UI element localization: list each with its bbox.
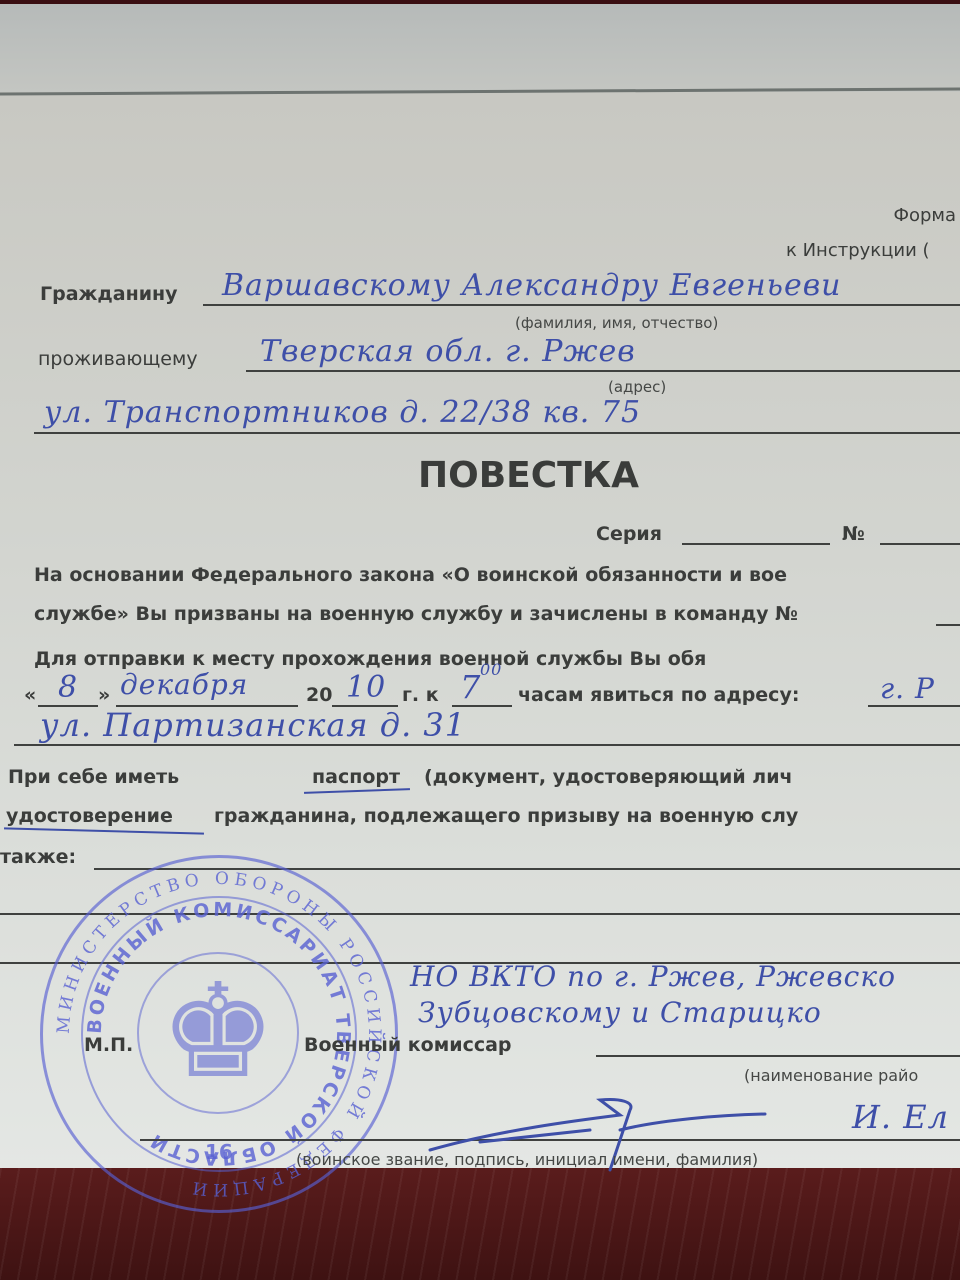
report-instruction: часам явиться по адресу: bbox=[518, 684, 799, 706]
commissariat-underline bbox=[596, 1055, 960, 1057]
instruction-reference: к Инструкции ( bbox=[786, 240, 930, 261]
name-underline bbox=[203, 304, 960, 306]
bring-prefix: При себе иметь bbox=[8, 766, 179, 788]
hour-handwritten: 7 bbox=[460, 668, 481, 706]
series-field bbox=[682, 543, 830, 545]
signature-caption: (воинское звание, подпись, инициал имени… bbox=[296, 1150, 758, 1169]
departure-paragraph-line1: Для отправки к месту прохождения военной… bbox=[34, 648, 706, 670]
report-address-underline-2 bbox=[14, 744, 960, 746]
commissariat-handwritten-line2: Зубцовскому и Старицко bbox=[418, 996, 822, 1029]
double-headed-eagle-icon: ♚ bbox=[143, 946, 293, 1116]
report-address-handwritten-line2: ул. Партизанская д. 31 bbox=[40, 706, 466, 744]
address-handwritten-line2: ул. Транспортников д. 22/38 кв. 75 bbox=[44, 395, 641, 430]
day-handwritten: 8 bbox=[58, 670, 78, 705]
series-label: Серия bbox=[596, 523, 662, 545]
address-underline-1 bbox=[246, 370, 960, 372]
form-label: Форма bbox=[893, 205, 956, 226]
law-paragraph-line1: На основании Федерального закона «О воин… bbox=[34, 564, 787, 586]
address-handwritten-line1: Тверская обл. г. Ржев bbox=[260, 334, 636, 369]
year-handwritten: 10 bbox=[346, 670, 386, 705]
team-number-field bbox=[936, 624, 960, 626]
address-caption: (адрес) bbox=[608, 378, 666, 396]
folded-paper-strip bbox=[0, 4, 960, 94]
report-address-underline-1 bbox=[868, 705, 960, 707]
report-address-handwritten-line1: г. Р bbox=[880, 672, 935, 705]
bring-passport: паспорт bbox=[312, 766, 400, 788]
seal-label: М.П. bbox=[84, 1034, 133, 1056]
minutes-handwritten: 00 bbox=[480, 660, 502, 679]
recipient-label: Гражданину bbox=[40, 283, 178, 305]
month-handwritten: декабря bbox=[120, 668, 248, 701]
date-close-quote: » bbox=[98, 684, 110, 706]
commissariat-caption: (наименование райо bbox=[744, 1066, 918, 1085]
year-prefix: 20 bbox=[306, 684, 332, 706]
signature-initials-handwritten: И. Ел bbox=[852, 1098, 949, 1136]
recipient-name-handwritten: Варшавскому Александру Евгеньеви bbox=[222, 268, 842, 303]
bring-certificate: удостоверение bbox=[6, 805, 173, 827]
document-title: ПОВЕСТКА bbox=[418, 455, 639, 496]
stamp-number: 16 bbox=[205, 1140, 233, 1164]
residence-label: проживающему bbox=[38, 348, 198, 370]
bring-line2-rest: гражданина, подлежащего призыву на военн… bbox=[214, 805, 798, 827]
commissar-label: Военный комиссар bbox=[304, 1034, 512, 1056]
commissariat-handwritten-line1: НО ВКТО по г. Ржев, Ржевско bbox=[410, 960, 896, 993]
year-label: г. к bbox=[402, 684, 439, 706]
law-paragraph-line2: службе» Вы призваны на военную службу и … bbox=[34, 603, 798, 625]
address-underline-2 bbox=[34, 432, 960, 434]
date-open-quote: « bbox=[24, 684, 36, 706]
bring-line1-rest: (документ, удостоверяющий лич bbox=[424, 766, 793, 788]
number-label: № bbox=[842, 523, 865, 545]
number-field bbox=[880, 543, 960, 545]
name-caption: (фамилия, имя, отчество) bbox=[515, 314, 718, 332]
